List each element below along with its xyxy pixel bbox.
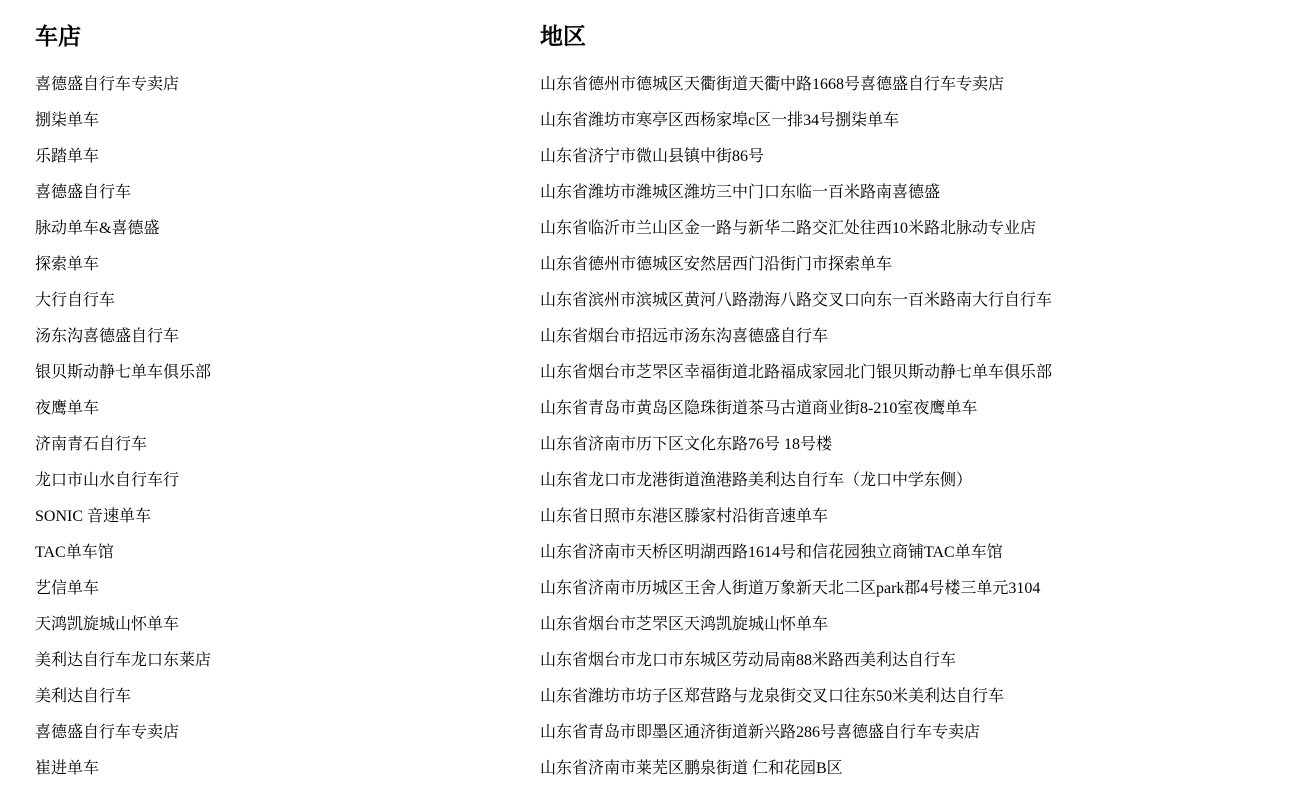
region-address-cell: 山东省青岛市黄岛区隐珠街道茶马古道商业街8-210室夜鹰单车 [540,399,1300,419]
shop-name-cell: 银贝斯动静七单车俱乐部 [35,363,540,383]
region-address-cell: 山东省德州市德城区天衢街道天衢中路1668号喜德盛自行车专卖店 [540,75,1300,95]
table-row: 大行自行车 山东省滨州市滨城区黄河八路渤海八路交叉口向东一百米路南大行自行车 [35,283,1300,319]
table-row: 银贝斯动静七单车俱乐部 山东省烟台市芝罘区幸福街道北路福成家园北门银贝斯动静七单… [35,355,1300,391]
table-row: 汤东沟喜德盛自行车 山东省烟台市招远市汤东沟喜德盛自行车 [35,319,1300,355]
shop-name-cell: 乐踏单车 [35,147,540,167]
table-row: SONIC 音速单车 山东省日照市东港区滕家村沿街音速单车 [35,499,1300,535]
table-row: 天鸿凯旋城山怀单车 山东省烟台市芝罘区天鸿凯旋城山怀单车 [35,607,1300,643]
shop-name-cell: 脉动单车&喜德盛 [35,219,540,239]
shop-name-cell: 喜德盛自行车专卖店 [35,75,540,95]
shop-name-cell: 美利达自行车 [35,687,540,707]
shop-name-cell: 大行自行车 [35,291,540,311]
table-row: 喜德盛自行车 山东省潍坊市潍城区潍坊三中门口东临一百米路南喜德盛 [35,175,1300,211]
region-address-cell: 山东省烟台市芝罘区天鸿凯旋城山怀单车 [540,615,1300,635]
region-address-cell: 山东省德州市德城区安然居西门沿街门市探索单车 [540,255,1300,275]
region-address-cell: 山东省济南市天桥区明湖西路1614号和信花园独立商铺TAC单车馆 [540,543,1300,563]
column-header-shop: 车店 [35,24,540,50]
region-address-cell: 山东省烟台市招远市汤东沟喜德盛自行车 [540,327,1300,347]
region-address-cell: 山东省青岛市即墨区通济街道新兴路286号喜德盛自行车专卖店 [540,723,1300,743]
region-address-cell: 山东省临沂市兰山区金一路与新华二路交汇处往西10米路北脉动专业店 [540,219,1300,239]
shop-name-cell: 夜鹰单车 [35,399,540,419]
table-row: 崔进单车 山东省济南市莱芜区鹏泉街道 仁和花园B区 [35,751,1300,787]
region-address-cell: 山东省潍坊市寒亭区西杨家埠c区一排34号捌柒单车 [540,111,1300,131]
table-header-row: 车店 地区 [35,24,1300,50]
region-address-cell: 山东省滨州市滨城区黄河八路渤海八路交叉口向东一百米路南大行自行车 [540,291,1300,311]
region-address-cell: 山东省烟台市芝罘区幸福街道北路福成家园北门银贝斯动静七单车俱乐部 [540,363,1300,383]
shop-name-cell: 捌柒单车 [35,111,540,131]
shop-name-cell: 崔进单车 [35,759,540,779]
region-address-cell: 山东省潍坊市潍城区潍坊三中门口东临一百米路南喜德盛 [540,183,1300,203]
shop-name-cell: 探索单车 [35,255,540,275]
table-row: 艺信单车 山东省济南市历城区王舍人街道万象新天北二区park郡4号楼三单元310… [35,571,1300,607]
table-row: TAC单车馆 山东省济南市天桥区明湖西路1614号和信花园独立商铺TAC单车馆 [35,535,1300,571]
shop-name-cell: 喜德盛自行车 [35,183,540,203]
column-header-region: 地区 [540,24,1300,50]
region-address-cell: 山东省烟台市龙口市东城区劳动局南88米路西美利达自行车 [540,651,1300,671]
region-address-cell: 山东省日照市东港区滕家村沿街音速单车 [540,507,1300,527]
shop-name-cell: 美利达自行车龙口东莱店 [35,651,540,671]
table-row: 脉动单车&喜德盛 山东省临沂市兰山区金一路与新华二路交汇处往西10米路北脉动专业… [35,211,1300,247]
shop-region-table: 车店 地区 喜德盛自行车专卖店 山东省德州市德城区天衢街道天衢中路1668号喜德… [0,0,1300,804]
region-address-cell: 山东省龙口市龙港街道渔港路美利达自行车（龙口中学东侧） [540,471,1300,491]
table-row: 乐踏单车 山东省济宁市微山县镇中街86号 [35,139,1300,175]
table-row: 美利达自行车 山东省潍坊市坊子区郑营路与龙泉街交叉口往东50米美利达自行车 [35,679,1300,715]
region-address-cell: 山东省济南市历城区王舍人街道万象新天北二区park郡4号楼三单元3104 [540,579,1300,599]
table-row: 探索单车 山东省德州市德城区安然居西门沿街门市探索单车 [35,247,1300,283]
region-address-cell: 山东省济南市历下区文化东路76号 18号楼 [540,435,1300,455]
table-row: 喜德盛自行车专卖店 山东省青岛市即墨区通济街道新兴路286号喜德盛自行车专卖店 [35,715,1300,751]
table-body: 喜德盛自行车专卖店 山东省德州市德城区天衢街道天衢中路1668号喜德盛自行车专卖… [35,67,1300,787]
table-row: 喜德盛自行车专卖店 山东省德州市德城区天衢街道天衢中路1668号喜德盛自行车专卖… [35,67,1300,103]
shop-name-cell: 艺信单车 [35,579,540,599]
region-address-cell: 山东省潍坊市坊子区郑营路与龙泉街交叉口往东50米美利达自行车 [540,687,1300,707]
shop-name-cell: 龙口市山水自行车行 [35,471,540,491]
region-address-cell: 山东省济南市莱芜区鹏泉街道 仁和花园B区 [540,759,1300,779]
table-row: 捌柒单车 山东省潍坊市寒亭区西杨家埠c区一排34号捌柒单车 [35,103,1300,139]
shop-name-cell: 汤东沟喜德盛自行车 [35,327,540,347]
table-row: 美利达自行车龙口东莱店 山东省烟台市龙口市东城区劳动局南88米路西美利达自行车 [35,643,1300,679]
shop-name-cell: TAC单车馆 [35,543,540,563]
shop-name-cell: 济南青石自行车 [35,435,540,455]
table-row: 济南青石自行车 山东省济南市历下区文化东路76号 18号楼 [35,427,1300,463]
shop-name-cell: 天鸿凯旋城山怀单车 [35,615,540,635]
table-row: 龙口市山水自行车行 山东省龙口市龙港街道渔港路美利达自行车（龙口中学东侧） [35,463,1300,499]
table-row: 夜鹰单车 山东省青岛市黄岛区隐珠街道茶马古道商业街8-210室夜鹰单车 [35,391,1300,427]
region-address-cell: 山东省济宁市微山县镇中街86号 [540,147,1300,167]
shop-name-cell: SONIC 音速单车 [35,507,540,527]
shop-name-cell: 喜德盛自行车专卖店 [35,723,540,743]
